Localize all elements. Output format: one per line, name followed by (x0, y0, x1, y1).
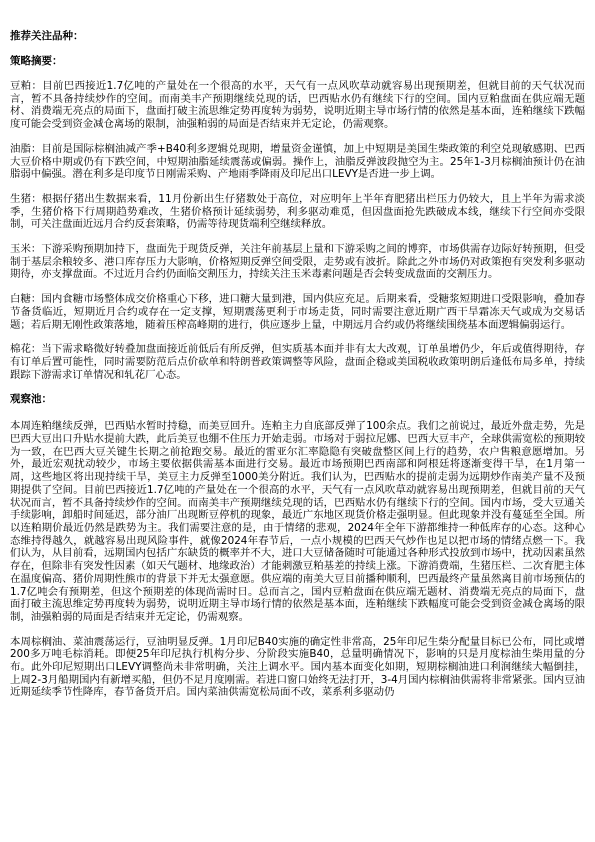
heading-recommended-varieties: 推荐关注品种： (10, 30, 585, 43)
strategy-paragraph-cotton: 棉花：当下需求略微好转叠加盘面接近前低后有所反弹，但实质基本面并非有太大改观，订… (10, 343, 585, 381)
report-page: 推荐关注品种： 策略摘要： 豆粕：目前巴西接近1.7亿吨的产量处在一个很高的水平… (0, 0, 595, 842)
watch-pool-paragraph-oils-review: 本周棕榈油、菜油震荡运行，豆油明显反弹。1月印尼B40实施的确定性非常高，25年… (10, 636, 585, 700)
heading-strategy-summary: 策略摘要： (10, 55, 585, 68)
heading-watch-pool: 观察池： (10, 393, 585, 406)
strategy-paragraph-soybean-meal: 豆粕：目前巴西接近1.7亿吨的产量处在一个很高的水平，天气有一点风吹草动就容易出… (10, 80, 585, 131)
watch-pool-paragraph-soybean-meal-review: 本周连粕继续反弹，巴西贴水暂时持稳，而美豆回升。连粕主力自底部反弹了100余点。… (10, 420, 585, 623)
strategy-paragraph-live-hogs: 生猪：根据仔猪出生数据来看，11月份新出生仔猪数处于高位，对应明年上半年育肥猪出… (10, 193, 585, 231)
strategy-paragraph-corn: 玉米：下游采购预期加持下，盘面先于现货反弹，关注年前基层上量和下游采购之间的博弈… (10, 243, 585, 281)
strategy-paragraph-sugar: 白糖：国内食糖市场整体成交价格重心下移，进口糖大量到港，国内供应充足。后期来看，… (10, 293, 585, 331)
strategy-paragraph-oils: 油脂：目前是国际棕榈油减产季+B40利多逻辑兑现期，增量资金谨慎，加上中短期是美… (10, 143, 585, 181)
